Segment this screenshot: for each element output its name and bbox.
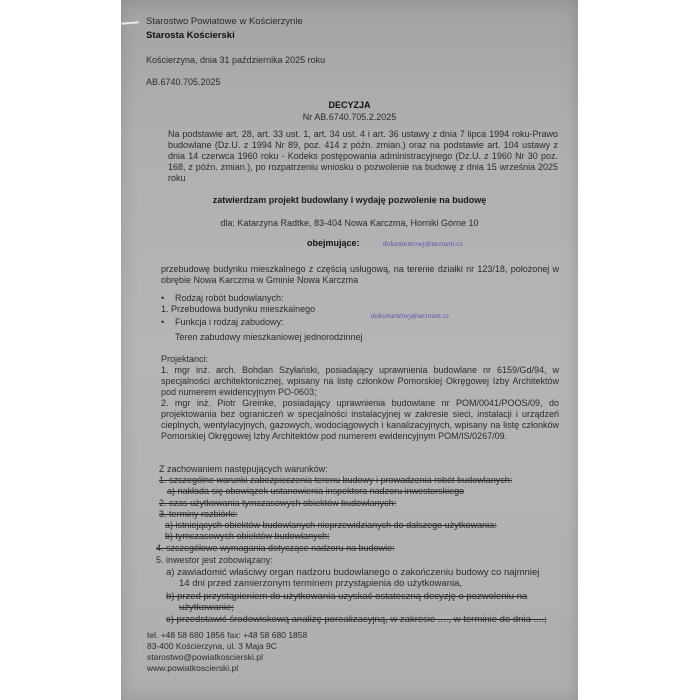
decision-title: DECYZJA (121, 100, 578, 111)
condition-item: 2. czas użytkowania tymczasowych obiektó… (159, 498, 396, 509)
works-type-item: 1. Przebudowa budynku mieszkalnego (161, 304, 315, 315)
designers-label: Projektanci: (161, 354, 208, 365)
footer-email: starostwo@powiatkoscierski.pl (147, 652, 263, 663)
decision-number: Nr AB.6740.705.2.2025 (121, 112, 578, 123)
watermark-stamp: dokumentowy@seznam.cz (383, 241, 463, 248)
case-reference: AB.6740.705.2025 (146, 77, 221, 88)
bullet-icon: • (161, 317, 164, 328)
legal-basis: Na podstawie art. 28, art. 33 ust. 1, ar… (168, 129, 558, 184)
condition-item: b) przed przystąpieniem do użytkowania u… (166, 591, 527, 602)
designer-item: 2. mgr inż. Piotr Greinke, posiadający u… (161, 398, 559, 442)
bullet-icon: • (161, 293, 164, 304)
conditions-label: Z zachowaniem następujących warunków: (159, 464, 328, 475)
authority-name: Starosta Kościerski (146, 30, 235, 41)
condition-item: 14 dni przed zamierzonym terminem przyst… (179, 578, 462, 589)
function-label: Funkcja i rodzaj zabudowy: (175, 317, 284, 328)
office-name: Starostwo Powiatowe w Kościerzynie (146, 16, 303, 27)
recipient: dla: Katarzyna Radtke, 83-404 Nowa Karcz… (121, 218, 578, 229)
condition-item: b) tymczasowych obiektów budowlanych: (165, 531, 330, 542)
covering-label: obejmujące: (307, 238, 360, 249)
function-value: Teren zabudowy mieszkaniowej jednorodzin… (175, 332, 363, 343)
resolution: zatwierdzam projekt budowlany i wydaję p… (121, 195, 578, 206)
condition-item: 5. inwestor jest zobowiązany: (156, 555, 273, 566)
condition-item: a) nakłada się obowiązek ustanowienia in… (167, 486, 464, 497)
condition-item: 1. szczególne warunki zabezpieczenia ter… (159, 475, 512, 486)
footer-phone-fax: tel. +48 58 680 1856 fax: +48 58 680 185… (147, 630, 307, 641)
scope-description: przebudowę budynku mieszkalnego z części… (161, 264, 559, 286)
designer-item: 1. mgr inż. arch. Bohdan Szyłański, posi… (161, 365, 559, 398)
document-page: Starostwo Powiatowe w Kościerzynie Staro… (121, 0, 578, 700)
footer-address: 83-400 Kościerzyna, ul. 3 Maja 9C (147, 641, 277, 652)
condition-item: a) zawiadomić właściwy organ nadzoru bud… (166, 567, 539, 578)
works-type-label: Rodzaj robót budowlanych: (175, 293, 284, 304)
condition-item: c) przedstawić środowiskową analizę pore… (166, 614, 547, 625)
condition-item: 3. terminy rozbiórki: (159, 509, 238, 520)
condition-item: użytkowanie; (179, 602, 234, 613)
footer-website: www.powiatkoscierski.pl (147, 663, 238, 674)
watermark-stamp: dokumentovy@seznam.cz (371, 313, 449, 320)
condition-item: 4. szczegółowe wymagania dotyczące nadzo… (156, 543, 395, 554)
place-date: Kościerzyna, dnia 31 października 2025 r… (146, 55, 325, 66)
condition-item: a) istniejących obiektów budowlanych nie… (165, 520, 497, 531)
